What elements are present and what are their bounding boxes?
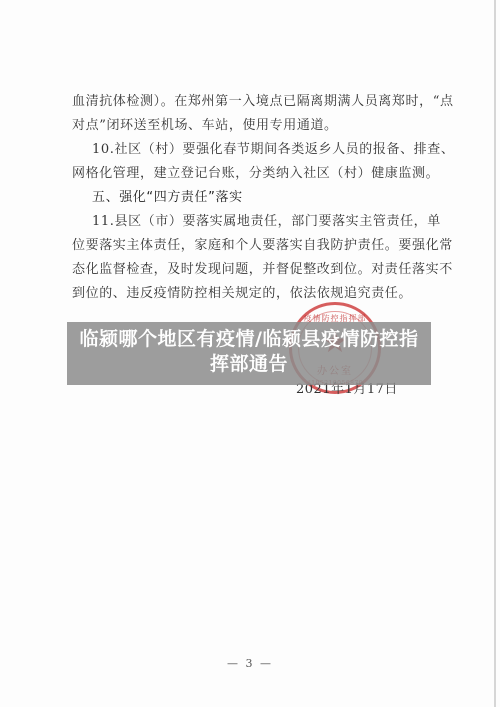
paragraph-line: 到位的、违反疫情防控相关规定的，依法依规追究责任。 bbox=[72, 285, 432, 303]
page-edge-divider bbox=[494, 0, 496, 707]
paragraph-line: 10.社区（村）要强化春节期间各类返乡人员的报备、排查、 bbox=[92, 141, 432, 159]
paragraph-line: 网格化管理，建立登记台账，分类纳入社区（村）健康监测。 bbox=[72, 165, 432, 183]
section-heading: 五、强化“四方责任”落实 bbox=[92, 189, 452, 207]
paragraph-line: 态化监督检查，及时发现问题，并督促整改到位。对责任落实不 bbox=[72, 261, 432, 279]
paragraph-line: 对点”闭环送至机场、车站，使用专用通道。 bbox=[72, 117, 432, 135]
paragraph-line: 血清抗体检测）。在郑州第一入境点已隔离期满人员离郑时，“点 bbox=[72, 93, 432, 111]
title-banner: 临颍哪个地区有疫情/临颍县疫情防控指挥部通告 bbox=[67, 322, 431, 385]
page-number: — 3 — bbox=[0, 657, 500, 670]
paragraph-line: 11.县区（市）要落实属地责任，部门要落实主管责任，单 bbox=[92, 213, 432, 231]
banner-title: 临颍哪个地区有疫情/临颍县疫情防控指挥部通告 bbox=[67, 327, 431, 377]
document-page: 血清抗体检测）。在郑州第一入境点已隔离期满人员离郑时，“点 对点”闭环送至机场、… bbox=[0, 0, 500, 707]
paragraph-line: 位要落实主体责任，家庭和个人要落实自我防护责任。要强化常 bbox=[72, 237, 432, 255]
